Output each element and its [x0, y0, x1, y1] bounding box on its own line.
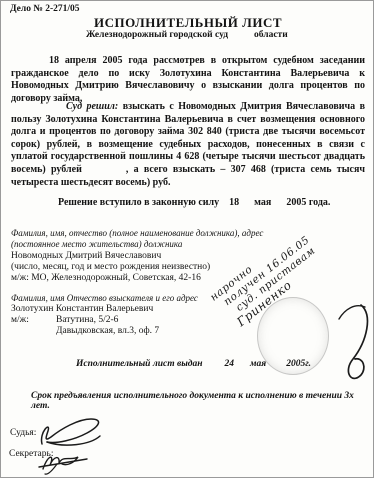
issued-day: 24	[225, 359, 235, 369]
intro-paragraph: 18 апреля 2005 года рассмотрев в открыто…	[11, 55, 365, 105]
secretary-signature-icon	[37, 447, 95, 477]
effective-date-line: Решение вступило в законную силу18мая200…	[58, 197, 330, 208]
claimant-address-line2: Давыдковская, вл.3, оф. 7	[56, 326, 159, 337]
handwritten-signature-flourish-icon	[331, 301, 374, 391]
claimant-residence-prefix: м/ж:	[11, 315, 29, 326]
court-name: Железнодорожный городской суд	[86, 30, 228, 40]
claimant-name: Золотухин Константин Валерьевич	[11, 304, 153, 315]
debtor-name: Новомодных Дмитрий Вячеславович	[11, 251, 161, 262]
debtor-address: м/ж: МО, Железнодорожный, Советская, 42-…	[11, 273, 201, 284]
effective-label: Решение вступило в законную силу	[58, 197, 219, 208]
debtor-section-label: Фамилия, имя, отчество (полное наименова…	[11, 228, 279, 250]
effective-month: мая	[254, 197, 271, 208]
court-region: области	[254, 30, 288, 40]
decision-lead: Суд решил:	[66, 101, 118, 112]
decision-paragraph: Суд решил: взыскать с Новомодных Дмитрия…	[11, 101, 365, 189]
issued-date-line: Исполнительный лист выдан24мая2005г.	[76, 359, 311, 369]
debtor-birth-note: (число, месяц, год и место рождения неиз…	[11, 262, 210, 273]
judge-label: Судья:	[10, 428, 36, 438]
claimant-address-line1: Ватутина, 5/2-6	[56, 315, 118, 326]
writ-of-execution-document: Дело № 2-271/05 ИСПОЛНИТЕЛЬНЫЙ ЛИСТ Желе…	[0, 0, 374, 478]
issued-year: 2005г.	[286, 359, 311, 369]
case-number: Дело № 2-271/05	[10, 4, 80, 14]
document-title: ИСПОЛНИТЕЛЬНЫЙ ЛИСТ	[1, 15, 374, 31]
issued-label: Исполнительный лист выдан	[76, 359, 203, 369]
issued-month: мая	[250, 359, 266, 369]
presentation-term-note: Срок предъявления исполнительного докуме…	[31, 391, 373, 411]
effective-day: 18	[229, 197, 239, 208]
